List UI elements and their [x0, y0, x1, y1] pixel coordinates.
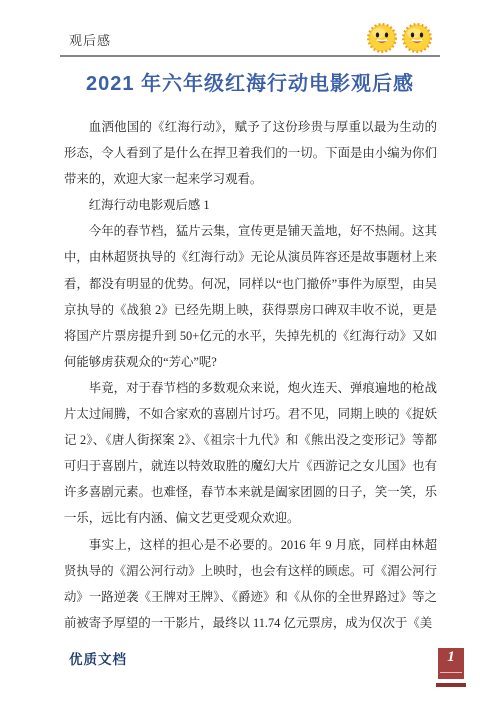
document-page: 观后感 2021 年六年级红海行动电影观后感 血洒他国的《红海行动》，赋予了这份… [0, 0, 500, 707]
page-number: 1 [438, 649, 464, 666]
footer-brand: 优质文档 [69, 648, 127, 668]
body-paragraph: 红海行动电影观后感 1 [64, 192, 437, 218]
page-badge-inner-line [440, 672, 462, 674]
page-number-badge: 1 [438, 648, 464, 679]
smiley-face-icon [401, 22, 433, 54]
header-title: 观后感 [69, 30, 111, 49]
smiley-face-icon [366, 22, 398, 54]
document-body: 血洒他国的《红海行动》，赋予了这份珍贵与厚重以最为生动的形态，令人看到了是什么在… [64, 114, 437, 636]
page-badge-underbar [436, 683, 466, 687]
header-divider [60, 55, 440, 57]
body-paragraph: 毕竟，对于春节档的多数观众来说，炮火连天、弹痕遍地的枪战片太过闹腾，不如合家欢的… [64, 375, 437, 532]
body-paragraph: 事实上，这样的担心是不必要的。2016 年 9 月底，同样由林超贤执导的《湄公河… [64, 532, 437, 636]
page-title: 2021 年六年级红海行动电影观后感 [0, 67, 500, 96]
body-paragraph: 血洒他国的《红海行动》，赋予了这份珍贵与厚重以最为生动的形态，令人看到了是什么在… [64, 114, 437, 192]
body-paragraph: 今年的春节档，猛片云集，宣传更是铺天盖地，好不热闹。这其中，由林超贤执导的《红海… [64, 218, 437, 375]
header-smileys [366, 22, 433, 54]
